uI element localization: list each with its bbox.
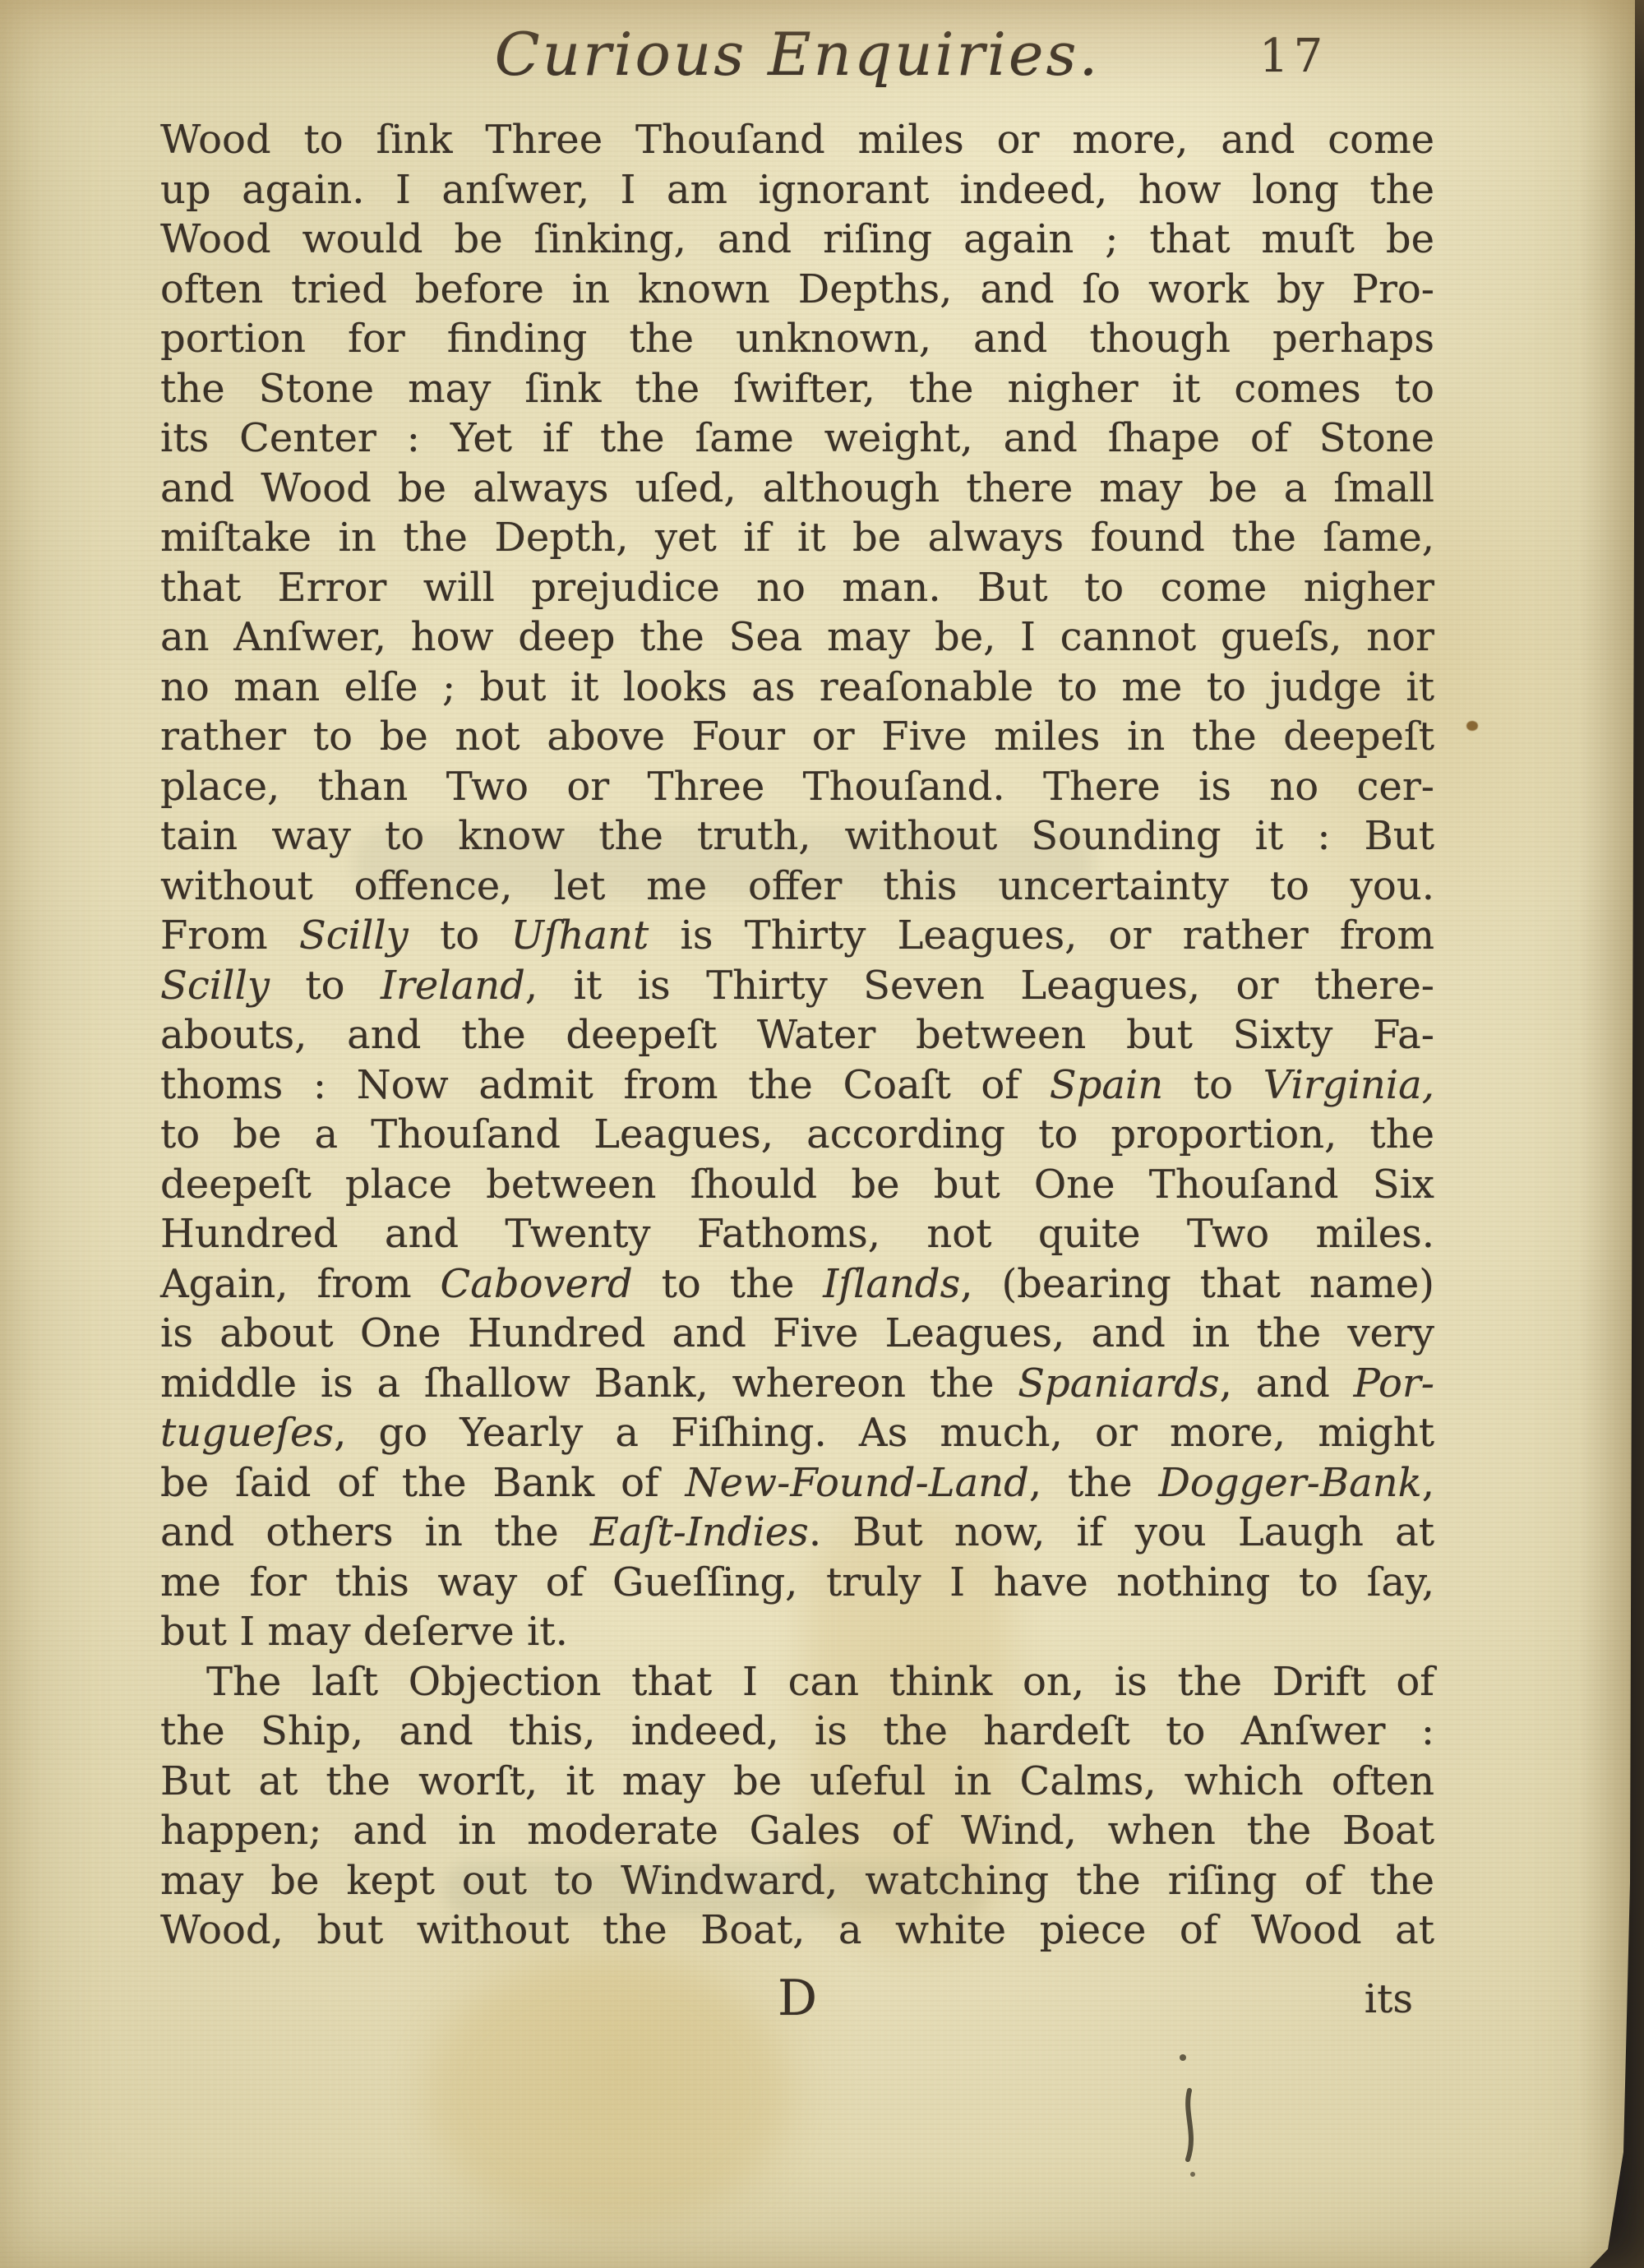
text-segment-italic: Por-: [1354, 1360, 1434, 1407]
text-segment: The laſt Objection that I can think on, …: [206, 1659, 1434, 1705]
text-segment-italic: tugueſes: [160, 1410, 334, 1456]
text-segment: Hundred and Twenty Fathoms, not quite Tw…: [160, 1211, 1434, 1257]
text-segment: , and: [1220, 1360, 1354, 1407]
text-segment: rather to be not above Four or Five mile…: [160, 714, 1434, 760]
text-line: miſtake in the Depth, yet if it be alway…: [160, 513, 1434, 563]
book-page: Curious Enquiries. 17 Wood to ſink Three…: [0, 0, 1644, 2268]
text-segment: Wood, but without the Boat, a white piec…: [160, 1907, 1434, 1953]
text-line: and Wood be always uſed, although there …: [160, 464, 1434, 514]
text-segment-italic: Spain: [1050, 1062, 1164, 1108]
text-line: The laſt Objection that I can think on, …: [160, 1657, 1434, 1707]
text-line: to be a Thouſand Leagues, according to p…: [160, 1110, 1434, 1160]
text-segment: , (bearing that name): [960, 1261, 1434, 1307]
text-line: rather to be not above Four or Five mile…: [160, 712, 1434, 762]
text-segment-italic: Iſlands: [823, 1261, 960, 1307]
text-line: portion for finding the unknown, and tho…: [160, 314, 1434, 364]
text-segment: me for this way of Gueſſing, truly I hav…: [160, 1559, 1434, 1605]
text-line: me for this way of Gueſſing, truly I hav…: [160, 1558, 1434, 1608]
text-segment: the Ship, and this, indeed, is the harde…: [160, 1708, 1434, 1754]
text-segment: the Stone may ſink the ſwifter, the nigh…: [160, 366, 1434, 412]
text-line: without offence, let me offer this uncer…: [160, 861, 1434, 912]
text-line: an Anſwer, how deep the Sea may be, I ca…: [160, 612, 1434, 663]
text-line: place, than Two or Three Thouſand. There…: [160, 762, 1434, 812]
text-line: and others in the Eaſt-Indies. But now, …: [160, 1508, 1434, 1558]
text-segment: but I may deſerve it.: [160, 1609, 568, 1655]
text-segment: ,: [1422, 1460, 1434, 1506]
text-segment-italic: Dogger-Bank: [1158, 1460, 1421, 1506]
text-line: up again. I anſwer, I am ignorant indeed…: [160, 165, 1434, 215]
ink-mark: [1171, 2051, 1221, 2191]
text-segment: happen; and in moderate Gales of Wind, w…: [160, 1808, 1434, 1854]
text-segment: up again. I anſwer, I am ignorant indeed…: [160, 167, 1434, 213]
text-segment: Wood would be ſinking, and riſing again …: [160, 216, 1434, 262]
text-line: be ſaid of the Bank of New-Found-Land, t…: [160, 1458, 1434, 1508]
text-line: is about One Hundred and Five Leagues, a…: [160, 1309, 1434, 1359]
text-segment: an Anſwer, how deep the Sea may be, I ca…: [160, 614, 1434, 660]
text-segment: , the: [1029, 1460, 1159, 1506]
text-line: But at the worſt, it may be uſeful in Ca…: [160, 1757, 1434, 1807]
text-segment: portion for finding the unknown, and tho…: [160, 316, 1434, 362]
text-line: Wood would be ſinking, and riſing again …: [160, 215, 1434, 265]
text-line: often tried before in known Depths, and …: [160, 265, 1434, 315]
text-segment: to: [270, 963, 381, 1009]
text-line: tugueſes, go Yearly a Fiſhing. As much, …: [160, 1408, 1434, 1458]
text-segment: to be a Thouſand Leagues, according to p…: [160, 1111, 1434, 1157]
signature-mark: D: [160, 1970, 1434, 2027]
text-line: but I may deſerve it.: [160, 1607, 1434, 1657]
text-segment: and others in the: [160, 1509, 590, 1555]
text-segment: and Wood be always uſed, although there …: [160, 465, 1434, 511]
text-segment: to: [409, 912, 511, 958]
text-segment: miſtake in the Depth, yet if it be alway…: [160, 515, 1434, 561]
text-line: Hundred and Twenty Fathoms, not quite Tw…: [160, 1209, 1434, 1259]
text-line: deepeſt place between ſhould be but One …: [160, 1160, 1434, 1210]
text-line: no man elſe ; but it looks as reaſonable…: [160, 663, 1434, 713]
text-line: may be kept out to Windward, watching th…: [160, 1856, 1434, 1906]
text-segment: deepeſt place between ſhould be but One …: [160, 1162, 1434, 1208]
catchword: its: [1365, 1976, 1413, 2022]
text-segment: its Center : Yet if the ſame weight, and…: [160, 415, 1434, 461]
text-line: Again, from Caboverd to the Iſlands, (be…: [160, 1259, 1434, 1310]
text-segment-italic: Scilly: [299, 912, 409, 958]
text-line: the Stone may ſink the ſwifter, the nigh…: [160, 364, 1434, 414]
text-line: its Center : Yet if the ſame weight, and…: [160, 413, 1434, 464]
text-segment-italic: Caboverd: [441, 1261, 633, 1307]
text-line: tain way to know the truth, without Soun…: [160, 811, 1434, 861]
text-segment-italic: New-Found-Land: [686, 1460, 1029, 1506]
text-line: Wood, but without the Boat, a white piec…: [160, 1905, 1434, 1956]
text-segment: may be kept out to Windward, watching th…: [160, 1858, 1434, 1904]
text-segment: without offence, let me offer this uncer…: [160, 863, 1434, 909]
text-line: From Scilly to Uſhant is Thirty Leagues,…: [160, 911, 1434, 961]
text-line: that Error will prejudice no man. But to…: [160, 563, 1434, 613]
text-segment: tain way to know the truth, without Soun…: [160, 813, 1434, 859]
text-segment: Wood to ſink Three Thouſand miles or mor…: [160, 117, 1434, 163]
text-segment: that Error will prejudice no man. But to…: [160, 565, 1434, 611]
text-segment: be ſaid of the Bank of: [160, 1460, 686, 1506]
text-segment: But at the worſt, it may be uſeful in Ca…: [160, 1758, 1434, 1804]
text-segment: From: [160, 912, 299, 958]
text-segment: , it is Thirty Seven Leagues, or there-: [525, 963, 1434, 1009]
text-block: Wood to ſink Three Thouſand miles or mor…: [160, 115, 1434, 1956]
text-segment: place, than Two or Three Thouſand. There…: [160, 764, 1434, 810]
page-curl-shadow: [1580, 0, 1637, 2268]
text-line: abouts, and the deepeſt Water between bu…: [160, 1010, 1434, 1060]
text-segment-italic: Ireland: [381, 963, 525, 1009]
page-number: 17: [1259, 30, 1328, 83]
text-segment: thoms : Now admit from the Coaſt of: [160, 1062, 1050, 1108]
text-segment-italic: Virginia,: [1263, 1062, 1434, 1108]
text-segment: to the: [633, 1261, 824, 1307]
text-segment-italic: Scilly: [160, 963, 270, 1009]
text-segment: often tried before in known Depths, and …: [160, 266, 1434, 312]
text-line: happen; and in moderate Gales of Wind, w…: [160, 1806, 1434, 1856]
text-line: the Ship, and this, indeed, is the harde…: [160, 1707, 1434, 1757]
text-segment: abouts, and the deepeſt Water between bu…: [160, 1012, 1434, 1058]
text-segment: is about One Hundred and Five Leagues, a…: [160, 1310, 1434, 1356]
text-segment: Again, from: [160, 1261, 441, 1307]
text-segment: , go Yearly a Fiſhing. As much, or more,…: [334, 1410, 1434, 1456]
text-line: thoms : Now admit from the Coaſt of Spai…: [160, 1060, 1434, 1111]
text-line: Scilly to Ireland, it is Thirty Seven Le…: [160, 961, 1434, 1011]
text-segment: middle is a ſhallow Bank, whereon the: [160, 1360, 1018, 1407]
signature-line: D its: [160, 1970, 1434, 2022]
text-segment: to: [1163, 1062, 1263, 1108]
text-segment-italic: Eaſt-Indies: [590, 1509, 809, 1555]
text-segment: no man elſe ; but it looks as reaſonable…: [160, 664, 1434, 710]
text-segment-italic: Uſhant: [510, 912, 649, 958]
text-segment-italic: Spaniards: [1018, 1360, 1219, 1407]
text-line: middle is a ſhallow Bank, whereon the Sp…: [160, 1359, 1434, 1409]
text-line: Wood to ſink Three Thouſand miles or mor…: [160, 115, 1434, 165]
running-title: Curious Enquiries.: [160, 20, 1434, 89]
brown-fleck-stain: [1466, 721, 1478, 731]
text-segment: . But now, if you Laugh at: [809, 1509, 1434, 1555]
page-header: Curious Enquiries.: [160, 20, 1434, 118]
text-segment: is Thirty Leagues, or rather from: [649, 912, 1434, 958]
